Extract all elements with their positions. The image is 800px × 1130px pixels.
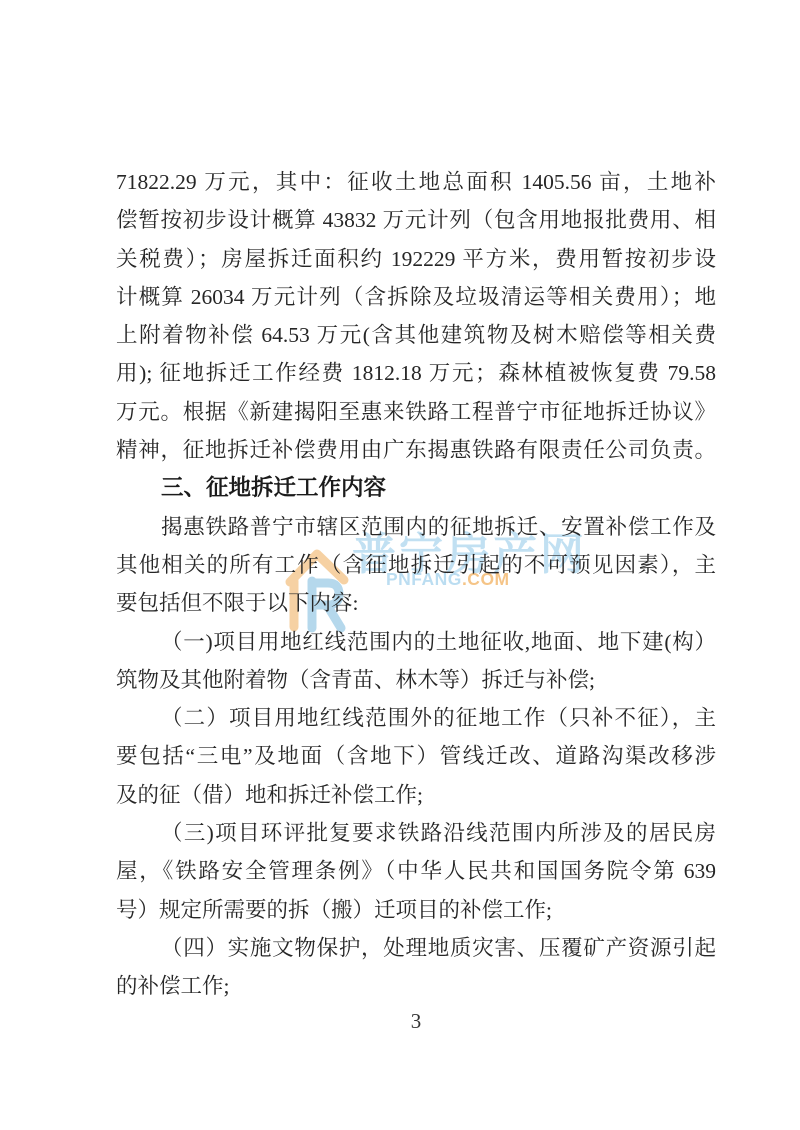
text-line: 71822.29 万元，其中：征收土地总面积 1405.56 亩，土地补 [116,163,716,201]
section-heading: 三、征地拆迁工作内容 [116,469,716,507]
page-number: 3 [116,1006,716,1036]
text-line: 万元。根据《新建揭阳至惠来铁路工程普宁市征地拆迁协议》 [116,393,716,431]
text-line: 筑物及其他附着物（含青苗、林木等）拆迁与补偿; [116,661,716,699]
text-line: 揭惠铁路普宁市辖区范围内的征地拆迁、安置补偿工作及 [116,508,716,546]
text-line: （四）实施文物保护，处理地质灾害、压覆矿产资源引起 [116,929,716,967]
text-line: （二）项目用地红线范围外的征地工作（只补不征），主 [116,699,716,737]
text-line: 偿暂按初步设计概算 43832 万元计列（包含用地报批费用、相 [116,201,716,239]
text-line: 关税费）；房屋拆迁面积约 192229 平方米，费用暂按初步设 [116,240,716,278]
text-line: 号）规定所需要的拆（搬）迁项目的补偿工作; [116,891,716,929]
text-line: 的补偿工作; [116,967,716,1005]
text-line: 及的征（借）地和拆迁补偿工作; [116,776,716,814]
text-line: 精神，征地拆迁补偿费用由广东揭惠铁路有限责任公司负责。 [116,431,716,469]
document-page: 普宁房产网 PNFANG.COM 71822.29 万元，其中：征收土地总面积 … [0,0,800,1130]
text-line: 要包括“三电”及地面（含地下）管线迁改、道路沟渠改移涉 [116,737,716,775]
text-line: 屋，《铁路安全管理条例》（中华人民共和国国务院令第 639 [116,852,716,890]
text-line: 要包括但不限于以下内容: [116,584,716,622]
text-line: （三)项目环评批复要求铁路沿线范围内所涉及的居民房 [116,814,716,852]
text-line: 上附着物补偿 64.53 万元(含其他建筑物及树木赔偿等相关费 [116,316,716,354]
document-body: 71822.29 万元，其中：征收土地总面积 1405.56 亩，土地补偿暂按初… [116,163,716,1006]
text-line: 计概算 26034 万元计列（含拆除及垃圾清运等相关费用）；地 [116,278,716,316]
text-line: 用); 征地拆迁工作经费 1812.18 万元；森林植被恢复费 79.58 [116,354,716,392]
text-line: 其他相关的所有工作（含征地拆迁引起的不可预见因素），主 [116,546,716,584]
text-line: （一)项目用地红线范围内的土地征收,地面、地下建(构） [116,623,716,661]
